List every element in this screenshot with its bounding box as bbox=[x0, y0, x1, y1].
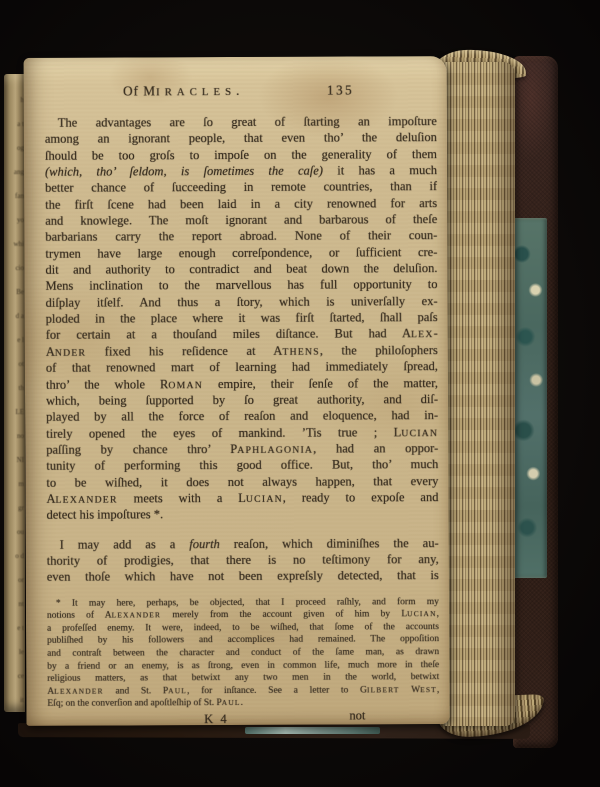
text-line: to be wiſhed, it does not always happen,… bbox=[46, 473, 438, 491]
edge-text-fragment: e l bbox=[9, 328, 24, 352]
text-line: ſhould be too groſs to impoſe on the gen… bbox=[45, 146, 437, 164]
text-line: and contraſt between the character and c… bbox=[47, 646, 439, 660]
book-page: Of MIRACLES. 135 The advantages are ſo g… bbox=[24, 56, 450, 726]
text-line: and knowlege. The moſt ignorant and barb… bbox=[45, 211, 437, 229]
signature-mark: K 4 bbox=[204, 712, 228, 727]
edge-text-fragment: og bbox=[9, 136, 24, 160]
text-line: thority of prodigies, that there is no t… bbox=[47, 551, 439, 569]
text-line: played by all the force of reaſon and el… bbox=[46, 407, 438, 425]
text-line: The advantages are ſo great of ſtarting … bbox=[45, 113, 437, 131]
edge-text-fragment: yo bbox=[9, 208, 24, 232]
book-photograph: ha togangfanyowhicioBed ae lotthLEnoNImg… bbox=[0, 0, 600, 787]
text-line: detect his impoſtures *. bbox=[47, 505, 439, 523]
footnote: * It may here, perhaps, be objected, tha… bbox=[47, 596, 439, 711]
text-line: better chance of ſucceeding in remote co… bbox=[45, 178, 437, 196]
edge-text-fragment: le bbox=[9, 640, 24, 664]
text-line: Mens inclination to the marvellous has f… bbox=[46, 277, 438, 295]
edge-text-fragment: cio bbox=[9, 256, 24, 280]
text-line: of that renowned mart of learning had im… bbox=[46, 358, 438, 376]
text-line: (which, tho’ ſeldom, is ſometimes the ca… bbox=[45, 162, 437, 180]
text-line: ALEXANDER and St. PAUL, for inſtance. Se… bbox=[47, 684, 439, 698]
edge-text-fragment: m bbox=[9, 472, 24, 496]
text-line: I may add as a fourth reaſon, which dimi… bbox=[47, 535, 439, 553]
edge-text-fragment: no bbox=[9, 424, 24, 448]
edge-text-fragment: a t bbox=[9, 112, 24, 136]
catchword: not bbox=[349, 708, 365, 723]
text-line: which, being ſupported by ſo great autho… bbox=[46, 391, 438, 409]
edge-text-fragment: gr bbox=[9, 496, 24, 520]
edge-text-fragment: ang bbox=[9, 160, 24, 184]
text-line: the firſt ſcene had been laid in a city … bbox=[45, 195, 437, 213]
marbled-paper-edge bbox=[511, 218, 547, 578]
text-line: barbarians carry the report abroad. None… bbox=[45, 228, 437, 246]
page-text-column: Of MIRACLES. 135 The advantages are ſo g… bbox=[45, 82, 440, 718]
edge-text-fragment: e t bbox=[9, 616, 24, 640]
edge-text-fragment: nt bbox=[9, 592, 24, 616]
edge-text-fragment: it bbox=[9, 688, 24, 712]
text-line: among an ignorant people, that even tho’… bbox=[45, 129, 437, 147]
edge-text-fragment: o d bbox=[9, 544, 24, 568]
edge-text-fragment: h bbox=[9, 88, 24, 112]
facing-page-text-fragments: ha togangfanyowhicioBed ae lotthLEnoNImg… bbox=[9, 88, 24, 712]
text-line: even thoſe which have not been expreſsly… bbox=[47, 567, 439, 585]
text-line: tunity of performing this good office. B… bbox=[46, 456, 438, 474]
text-line: tirely opened the eyes of mankind. ’Tis … bbox=[46, 424, 438, 442]
text-line: paſſing by chance thro’ PAPHLAGONIA, had… bbox=[46, 440, 438, 458]
text-line: ploded in the place where it was firſt ſ… bbox=[46, 309, 438, 327]
edge-text-fragment: fan bbox=[9, 184, 24, 208]
fore-edge-pages bbox=[444, 62, 515, 726]
edge-text-fragment: LE bbox=[9, 400, 24, 424]
text-line: diſplay itſelf. And thus a ſtory, which … bbox=[46, 293, 438, 311]
body-text: The advantages are ſo great of ſtarting … bbox=[45, 113, 439, 585]
text-line: thro’ the whole ROMAN empire, their ſenſ… bbox=[46, 375, 438, 393]
text-line: ALEXANDER meets with a LUCIAN, ready to … bbox=[46, 489, 438, 507]
running-title: Of MIRACLES. bbox=[123, 83, 240, 100]
paragraph-1: The advantages are ſo great of ſtarting … bbox=[45, 113, 439, 523]
page-header: Of MIRACLES. 135 bbox=[45, 82, 437, 102]
text-line: trymen have large enough correſpondence,… bbox=[45, 244, 437, 262]
text-line: for certain at a thouſand miles diſtance… bbox=[46, 326, 438, 344]
edge-text-fragment: d a bbox=[9, 304, 24, 328]
edge-text-fragment: ou bbox=[9, 520, 24, 544]
text-line: dit and authority to contradict and beat… bbox=[45, 260, 437, 278]
facing-page-edge: ha togangfanyowhicioBed ae lotthLEnoNImg… bbox=[4, 74, 25, 712]
paragraph-2: I may add as a fourth reaſon, which dimi… bbox=[47, 535, 439, 586]
edge-text-fragment: NI bbox=[9, 448, 24, 472]
edge-text-fragment: ce bbox=[9, 664, 24, 688]
text-line: ANDER fixed his reſidence at ATHENS, the… bbox=[46, 342, 438, 360]
edge-text-fragment: ot bbox=[9, 352, 24, 376]
edge-text-fragment: whi bbox=[9, 232, 24, 256]
edge-text-fragment: or bbox=[9, 568, 24, 592]
signature-row: K 4 not bbox=[47, 711, 439, 730]
edge-text-fragment: th bbox=[9, 376, 24, 400]
page-number: 135 bbox=[327, 82, 354, 98]
text-line: Eſq; on the converſion and apoſtleſhip o… bbox=[47, 696, 439, 710]
edge-text-fragment: Be bbox=[9, 280, 24, 304]
